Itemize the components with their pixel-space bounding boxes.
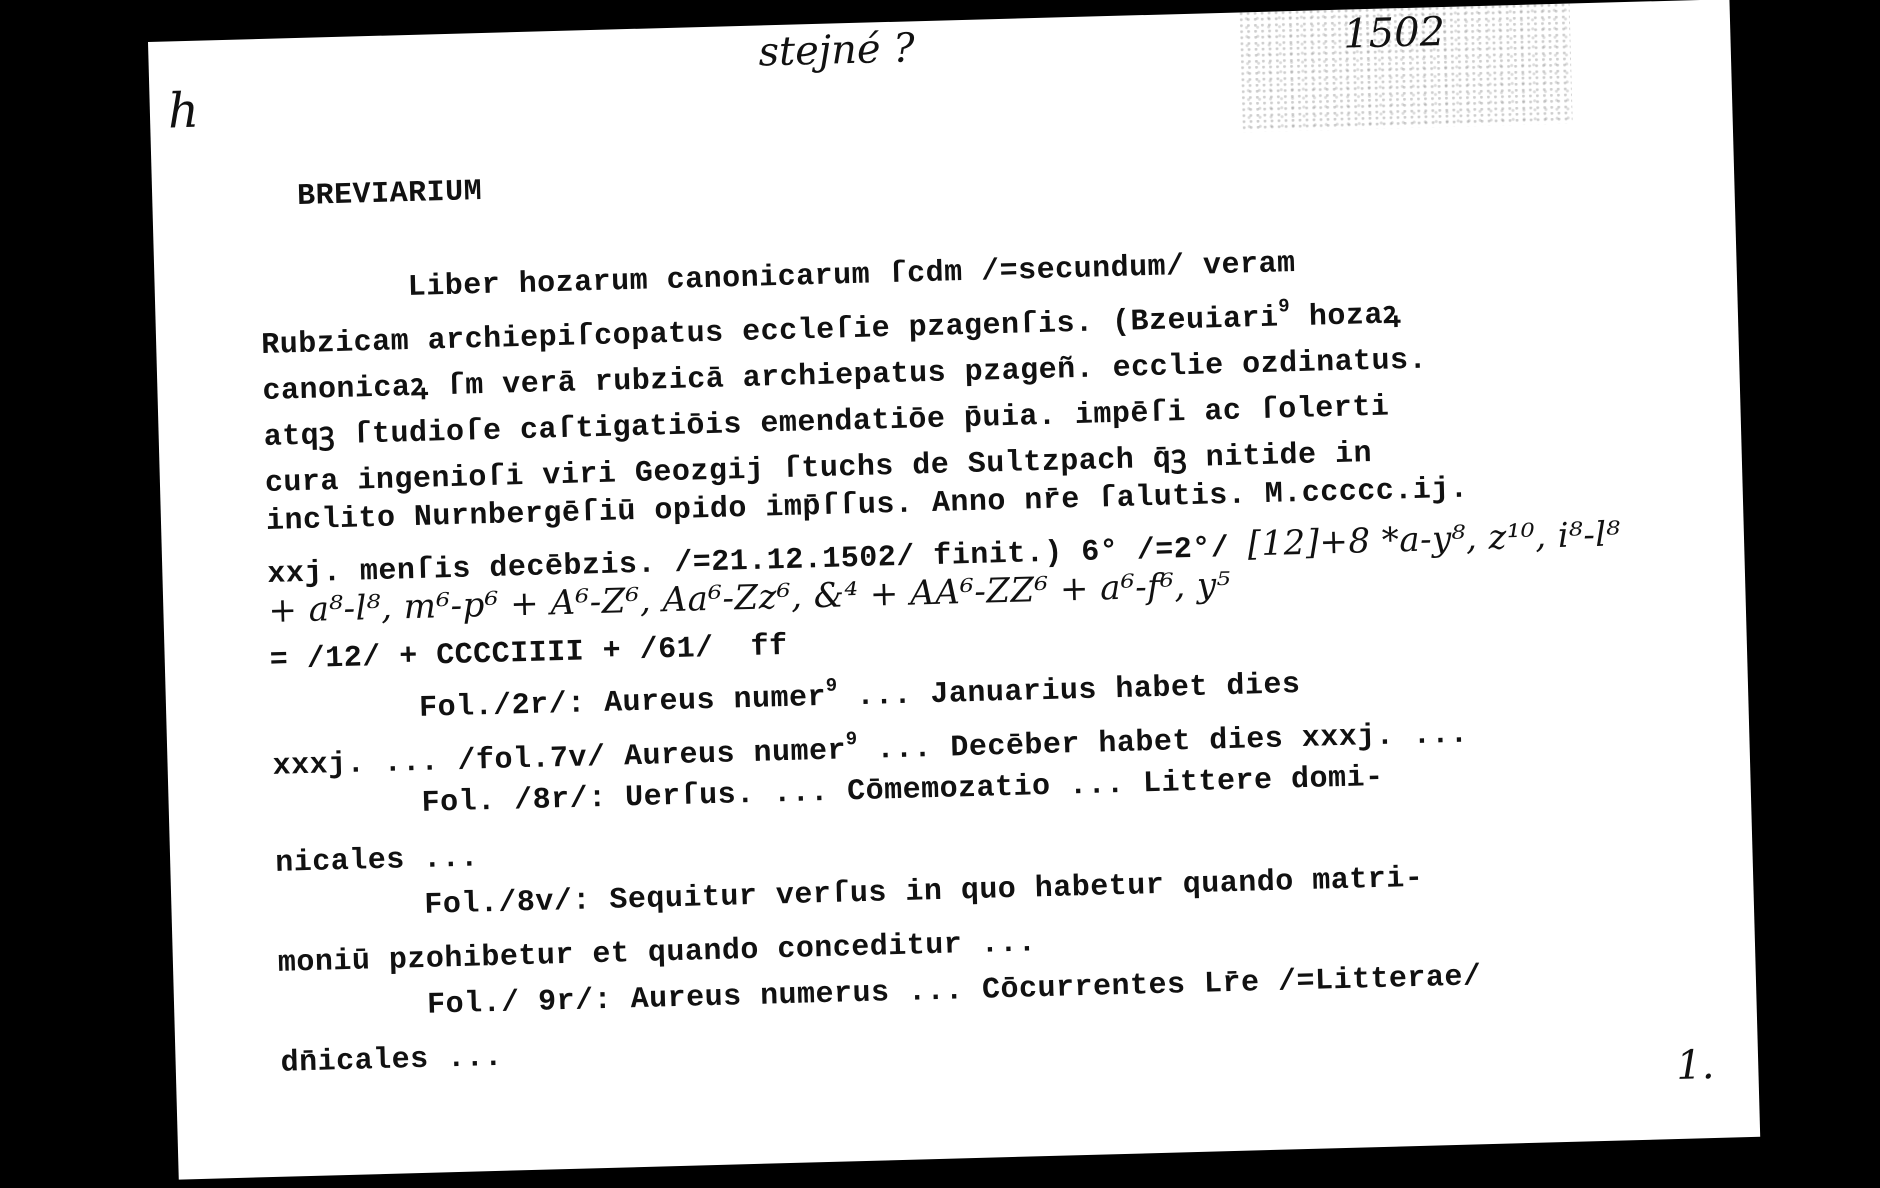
scanned-catalog-card: h stejné ? 1502 BREVIARIUM Liber hozarum… <box>0 0 1880 1188</box>
card-title: BREVIARIUM <box>297 175 483 214</box>
superscript-9: 9 <box>1278 295 1290 317</box>
text-line-moniu: moniū pzohibetur et quando conceditur ..… <box>278 926 1037 981</box>
handwritten-card-number: 1. <box>1676 1042 1715 1089</box>
text-line-nicales: nicales ... <box>275 841 479 880</box>
handwritten-collation-1: [12]+8 *a-y⁸, z¹⁰, i⁸-l⁸ <box>1247 514 1621 564</box>
text-line-dnicales: dn̄icales ... <box>280 1041 503 1081</box>
text-line-8: = /12/ + CCCCIIII + /61/ ff <box>269 630 788 678</box>
paper-card: h stejné ? 1502 BREVIARIUM Liber hozarum… <box>148 0 1760 1180</box>
handwritten-mark-top-left: h <box>167 83 199 140</box>
handwritten-note-top-center: stejné ? <box>758 25 915 75</box>
handwritten-year-top-right: 1502 <box>1343 9 1446 58</box>
